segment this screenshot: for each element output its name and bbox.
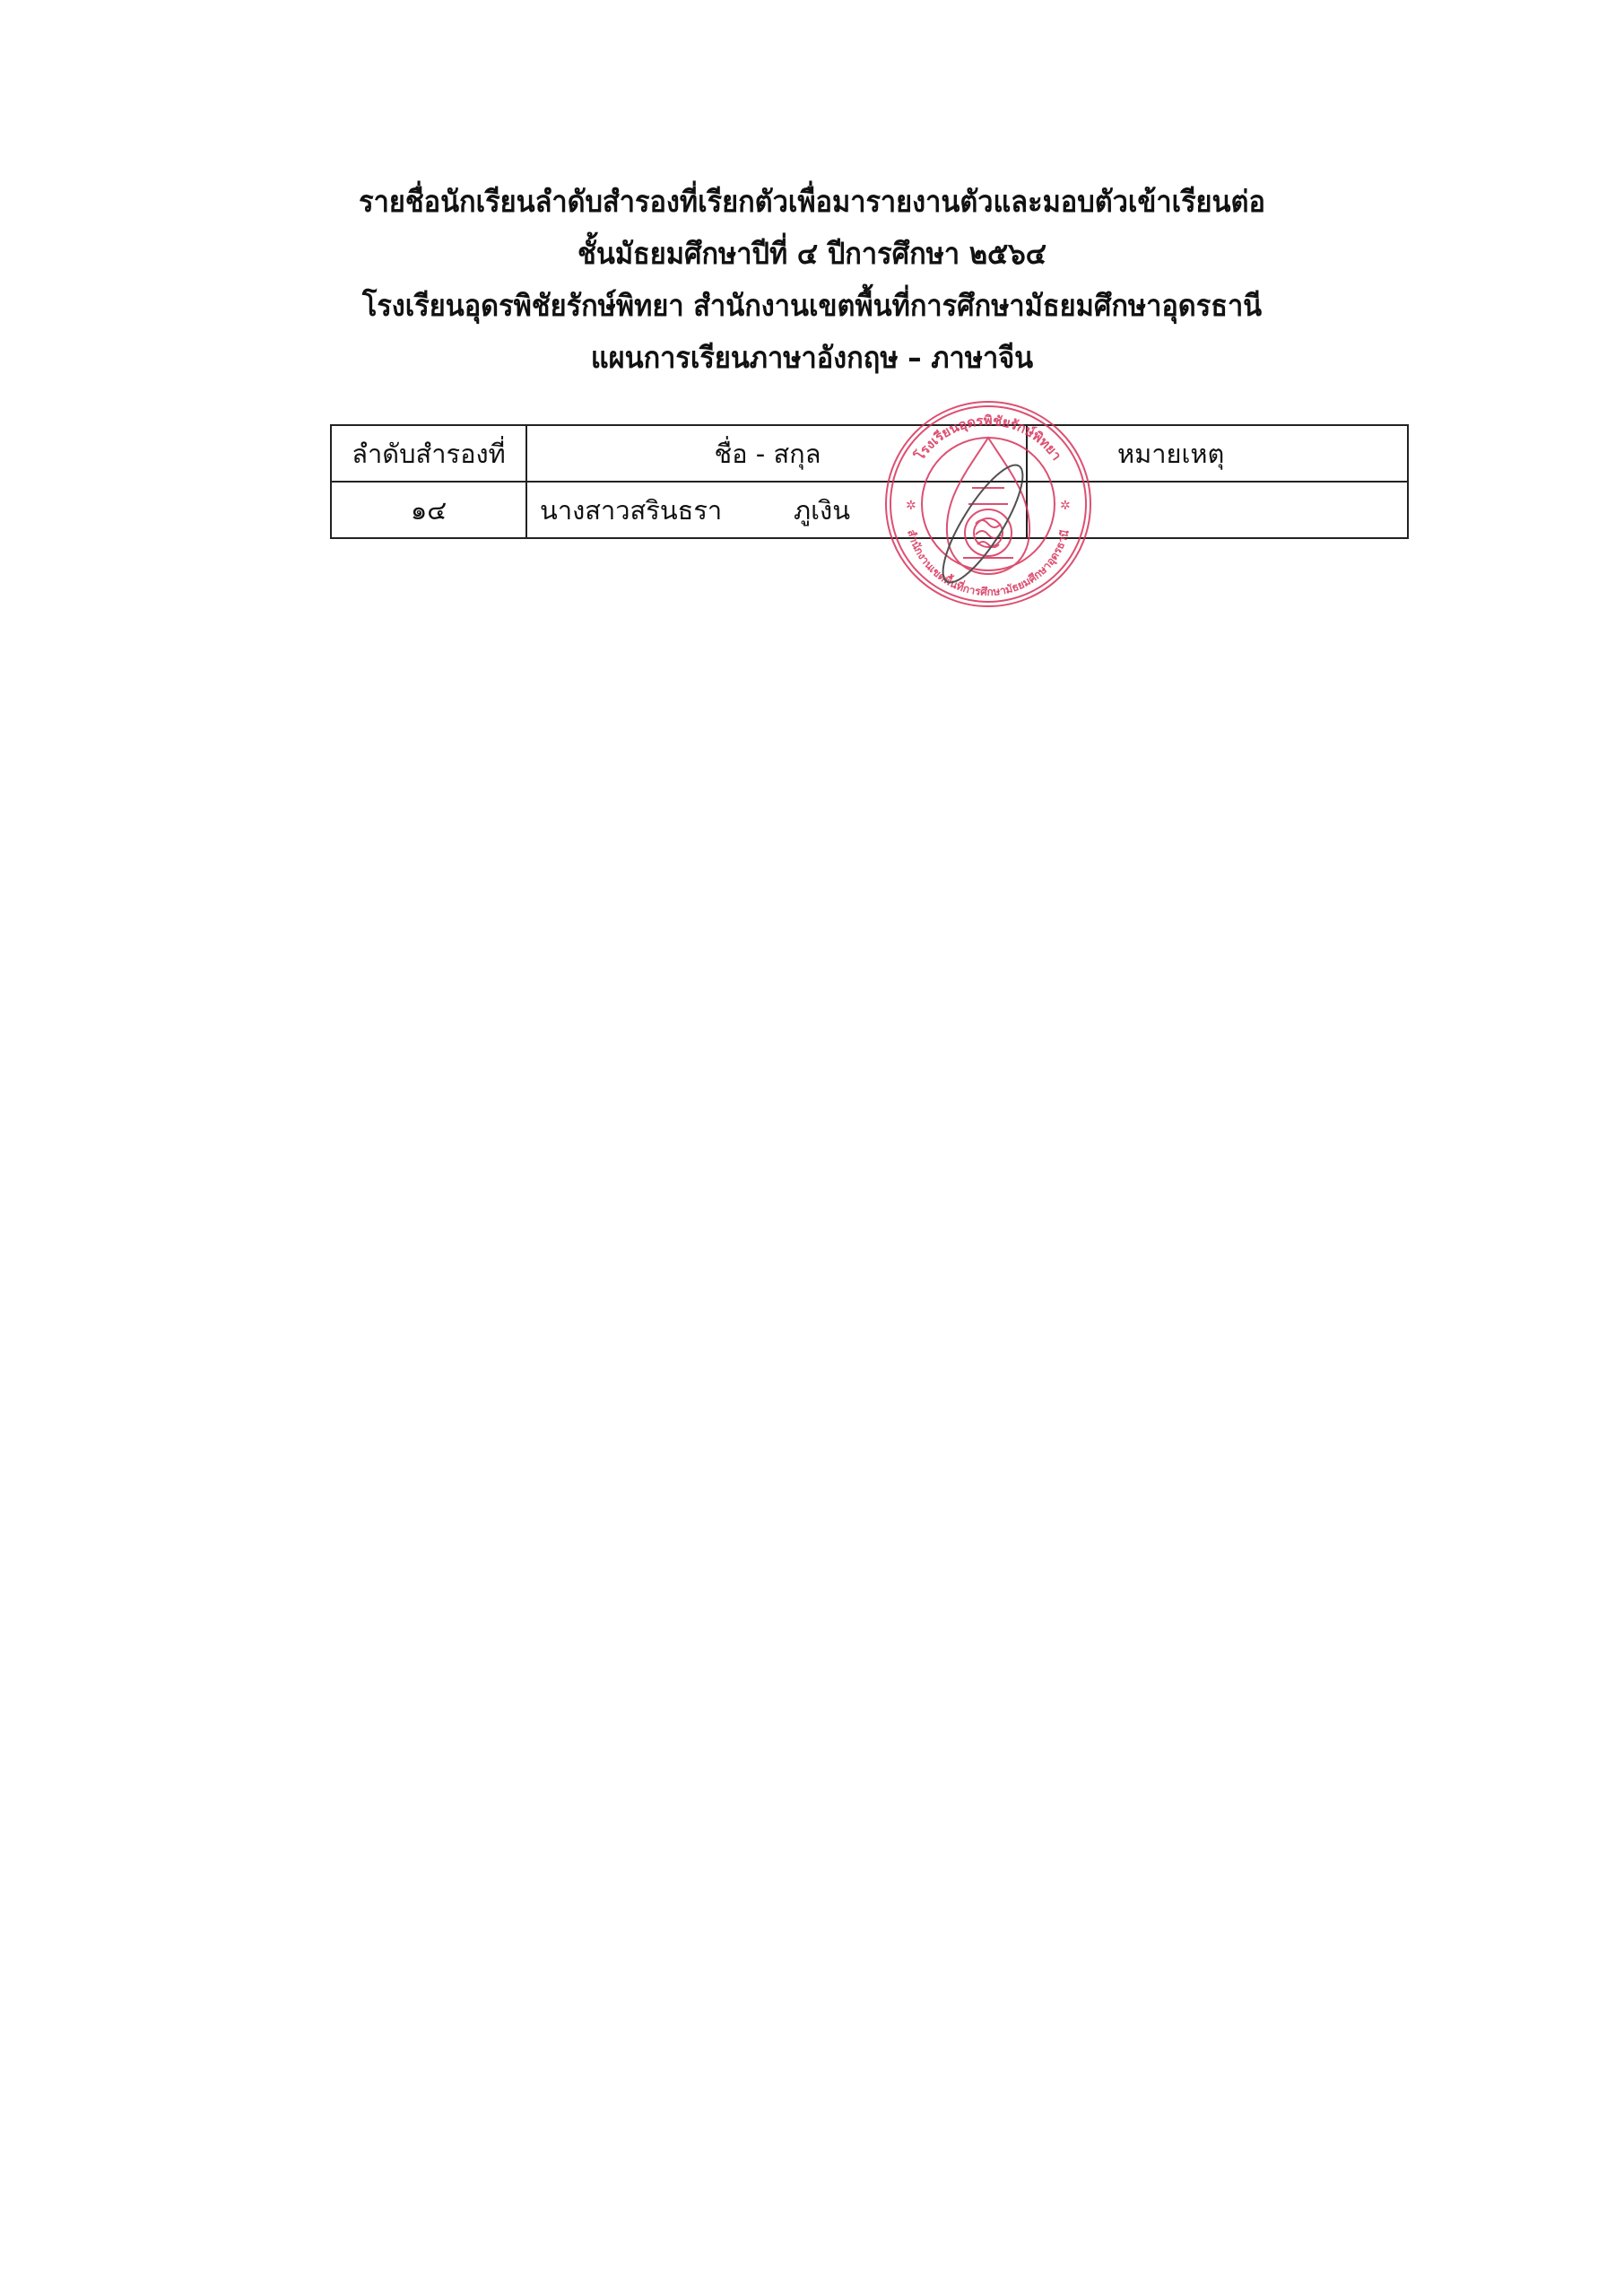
- title-line-4: แผนการเรียนภาษาอังกฤษ – ภาษาจีน: [56, 332, 1567, 384]
- document-title: รายชื่อนักเรียนลำดับสำรองที่เรียกตัวเพื่…: [0, 176, 1624, 384]
- cell-rank: ๑๔: [331, 482, 526, 538]
- cell-full-name: นางสาวสรินธราภูเงิน: [526, 482, 1027, 538]
- table-header-row: ลำดับสำรองที่ ชื่อ - สกุล หมายเหตุ: [331, 425, 1408, 482]
- cell-note: [1027, 482, 1408, 538]
- title-line-1: รายชื่อนักเรียนลำดับสำรองที่เรียกตัวเพื่…: [56, 176, 1567, 228]
- header-rank: ลำดับสำรองที่: [331, 425, 526, 482]
- title-line-2: ชั้นมัธยมศึกษาปีที่ ๔ ปีการศึกษา ๒๕๖๔: [56, 228, 1567, 280]
- header-note: หมายเหตุ: [1027, 425, 1408, 482]
- cell-last-name: ภูเงิน: [794, 495, 850, 526]
- table-row: ๑๔ นางสาวสรินธราภูเงิน: [331, 482, 1408, 538]
- header-name: ชื่อ - สกุล: [526, 425, 1027, 482]
- cell-first-name: นางสาวสรินธรา: [540, 490, 794, 531]
- title-line-3: โรงเรียนอุดรพิชัยรักษ์พิทยา สำนักงานเขตพ…: [56, 280, 1567, 332]
- reserve-student-table: ลำดับสำรองที่ ชื่อ - สกุล หมายเหตุ ๑๔ นา…: [330, 424, 1409, 539]
